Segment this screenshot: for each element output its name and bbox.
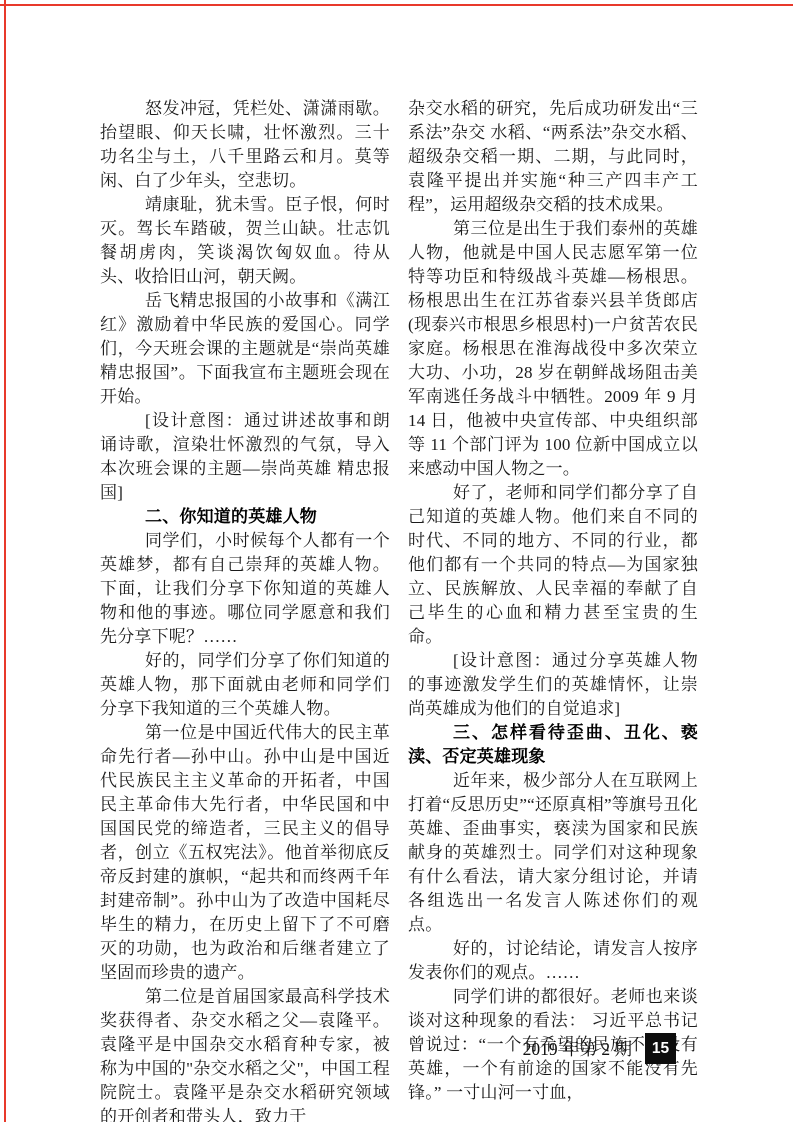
paragraph: 第三位是出生于我们泰州的英雄人物，他就是中国人民志愿军第一位特等功臣和特级战斗英… xyxy=(408,217,698,481)
paragraph: [设计意图：通过分享英雄人物的事迹激发学生们的英雄情怀，让崇尚英雄成为他们的自觉… xyxy=(408,649,698,721)
paragraph: 靖康耻，犹未雪。臣子恨，何时灭。驾长车踏破，贺兰山缺。壮志饥餐胡虏肉，笑谈渴饮匈… xyxy=(100,193,390,289)
journal-issue-label: 2019 年第 2 期 xyxy=(523,1036,632,1061)
paragraph: 好的，讨论结论，请发言人按序发表你们的观点。…… xyxy=(408,937,698,985)
page-border-left xyxy=(4,0,6,1122)
section-heading: 二、你知道的英雄人物 xyxy=(100,505,390,529)
page-border-top xyxy=(0,4,793,6)
page-number-badge: 15 xyxy=(645,1033,676,1064)
paragraph: 岳飞精忠报国的小故事和《满江红》激励着中华民族的爱国心。同学们，今天班会课的主题… xyxy=(100,289,390,409)
paragraph: 好的，同学们分享了你们知道的英雄人物，那下面就由老师和同学们分享下我知道的三个英… xyxy=(100,649,390,721)
text-column-right: 杂交水稻的研究，先后成功研发出“三系法”杂交 水稻、“两系法”杂交水稻、超级杂交… xyxy=(408,97,698,1105)
paragraph: 杂交水稻的研究，先后成功研发出“三系法”杂交 水稻、“两系法”杂交水稻、超级杂交… xyxy=(408,97,698,217)
section-heading: 三、怎样看待歪曲、丑化、亵渎、否定英雄现象 xyxy=(408,721,698,769)
paragraph: 第一位是中国近代伟大的民主革命先行者—孙中山。孙中山是中国近代民族民主主义革命的… xyxy=(100,721,390,985)
paragraph: 近年来，极少部分人在互联网上打着“反思历史”“还原真相”等旗号丑化英雄、歪曲事实… xyxy=(408,769,698,937)
paragraph: 第二位是首届国家最高科学技术奖获得者、杂交水稻之父—袁隆平。袁隆平是中国杂交水稻… xyxy=(100,985,390,1122)
paragraph: 同学们，小时候每个人都有一个英雄梦，都有自己崇拜的英雄人物。下面，让我们分享下你… xyxy=(100,529,390,649)
paragraph: 怒发冲冠，凭栏处、潇潇雨歇。抬望眼、仰天长啸，壮怀激烈。三十功名尘与土，八千里路… xyxy=(100,97,390,193)
text-column-left: 怒发冲冠，凭栏处、潇潇雨歇。抬望眼、仰天长啸，壮怀激烈。三十功名尘与土，八千里路… xyxy=(100,97,390,1122)
paragraph: [设计意图：通过讲述故事和朗诵诗歌，渲染壮怀激烈的气氛，导入本次班会课的主题—崇… xyxy=(100,409,390,505)
footer: 2019 年第 2 期 15 xyxy=(523,1033,676,1064)
paragraph: 好了，老师和同学们都分享了自己知道的英雄人物。他们来自不同的时代、不同的地方、不… xyxy=(408,481,698,649)
